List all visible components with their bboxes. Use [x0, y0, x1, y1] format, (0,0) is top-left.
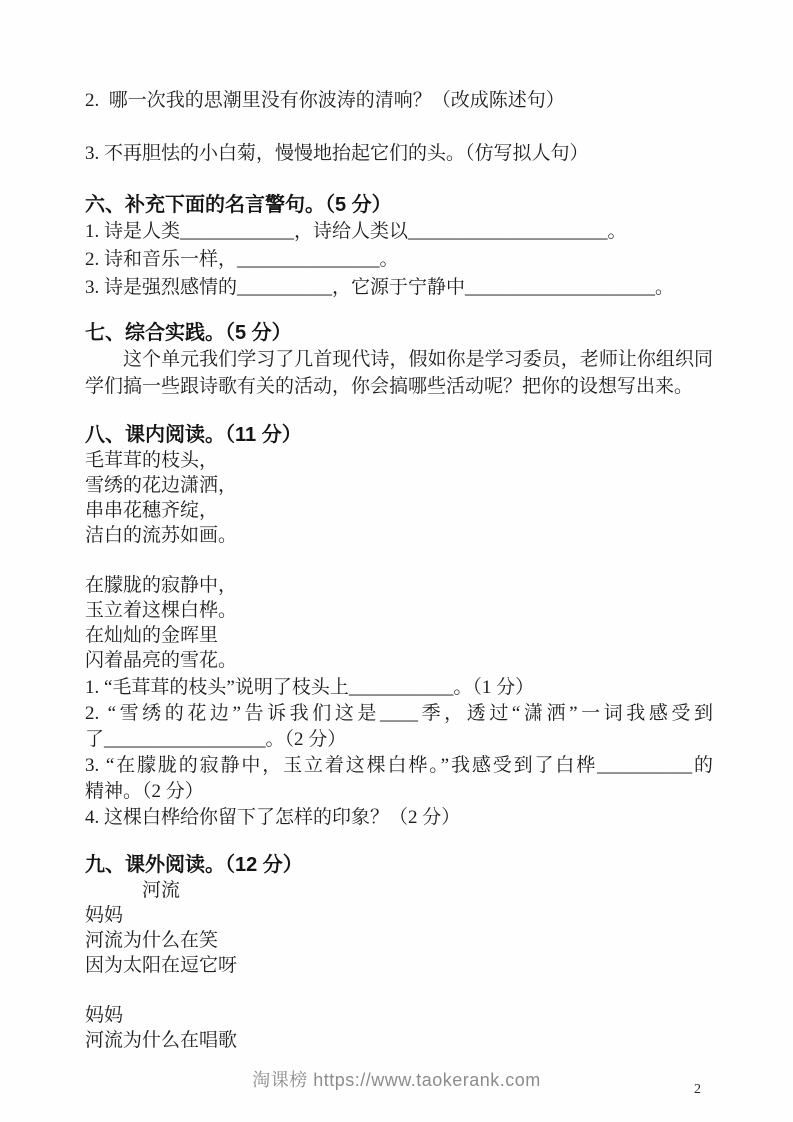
- poem-line: 闪着晶亮的雪花。: [85, 648, 713, 673]
- poem-line: 河流为什么在唱歌: [85, 1028, 713, 1053]
- page-number: 2: [694, 1082, 701, 1098]
- practice-paragraph-line-1: 这个单元我们学习了几首现代诗，假如你是学习委员，老师让你组织同: [85, 346, 713, 373]
- river-poem-title: 河流: [85, 878, 713, 903]
- poem-line: 河流为什么在笑: [85, 928, 713, 953]
- reading-question-3-line-1: 3. “在朦胧的寂静中，玉立着这棵白桦。”我感受到了白桦__________的: [85, 753, 713, 779]
- reading-question-2-line-1: 2. “雪绣的花边”告诉我们这是____季，透过“潇洒”一词我感受到: [85, 701, 713, 727]
- reading-question-4: 4. 这棵白桦给你留下了怎样的印象？（2 分）: [85, 805, 713, 831]
- section-9-title: 九、课外阅读。（12 分）: [85, 852, 713, 878]
- famous-quote-blank-1: 1. 诗是人类____________，诗给人类以_______________…: [85, 218, 713, 246]
- poem-line: 雪绣的花边潇洒，: [85, 473, 713, 498]
- poem-line: 洁白的流苏如画。: [85, 523, 713, 548]
- page-content: 2. 哪一次我的思潮里没有你波涛的清响？（改成陈述句） 3. 不再胆怯的小白菊，…: [85, 88, 713, 1053]
- poem-line: 毛茸茸的枝头，: [85, 448, 713, 473]
- reading-question-2-line-2: 了_________________。（2 分）: [85, 727, 713, 753]
- section-8-title: 八、课内阅读。（11 分）: [85, 422, 713, 448]
- practice-paragraph-line-2: 学们搞一些跟诗歌有关的活动，你会搞哪些活动呢？把你的设想写出来。: [85, 373, 713, 400]
- reading-question-1: 1. “毛茸茸的枝头”说明了枝头上___________。（1 分）: [85, 675, 713, 701]
- exam-paper-page: 2. 哪一次我的思潮里没有你波涛的清响？（改成陈述句） 3. 不再胆怯的小白菊，…: [0, 0, 793, 1122]
- poem-line: 妈妈: [85, 1003, 713, 1028]
- river-poem-stanza-2: 妈妈 河流为什么在唱歌: [85, 1003, 713, 1053]
- river-poem-stanza-1: 妈妈 河流为什么在笑 因为太阳在逗它呀: [85, 903, 713, 978]
- poem-line: 串串花穗齐绽，: [85, 498, 713, 523]
- baihua-poem-stanza-1: 毛茸茸的枝头， 雪绣的花边潇洒， 串串花穗齐绽， 洁白的流苏如画。: [85, 448, 713, 548]
- poem-line: 玉立着这棵白桦。: [85, 598, 713, 623]
- baihua-poem-stanza-2: 在朦胧的寂静中， 玉立着这棵白桦。 在灿灿的金晖里 闪着晶亮的雪花。: [85, 573, 713, 673]
- poem-line: 妈妈: [85, 903, 713, 928]
- poem-line: 在朦胧的寂静中，: [85, 573, 713, 598]
- poem-line: 因为太阳在逗它呀: [85, 953, 713, 978]
- footer-watermark: 淘课榜 https://www.taokerank.com: [0, 1066, 793, 1092]
- section-7-title: 七、综合实践。（5 分）: [85, 320, 713, 346]
- sentence-exercise-item-2: 2. 哪一次我的思潮里没有你波涛的清响？（改成陈述句）: [85, 88, 713, 114]
- famous-quote-blank-2: 2. 诗和音乐一样，_______________。: [85, 246, 713, 274]
- section-6-title: 六、补充下面的名言警句。（5 分）: [85, 192, 713, 218]
- sentence-exercise-item-3: 3. 不再胆怯的小白菊，慢慢地抬起它们的头。（仿写拟人句）: [85, 141, 713, 167]
- poem-line: 在灿灿的金晖里: [85, 623, 713, 648]
- famous-quote-blank-3: 3. 诗是强烈感情的__________，它源于宁静中_____________…: [85, 274, 713, 302]
- reading-question-3-line-2: 精神。（2 分）: [85, 779, 713, 805]
